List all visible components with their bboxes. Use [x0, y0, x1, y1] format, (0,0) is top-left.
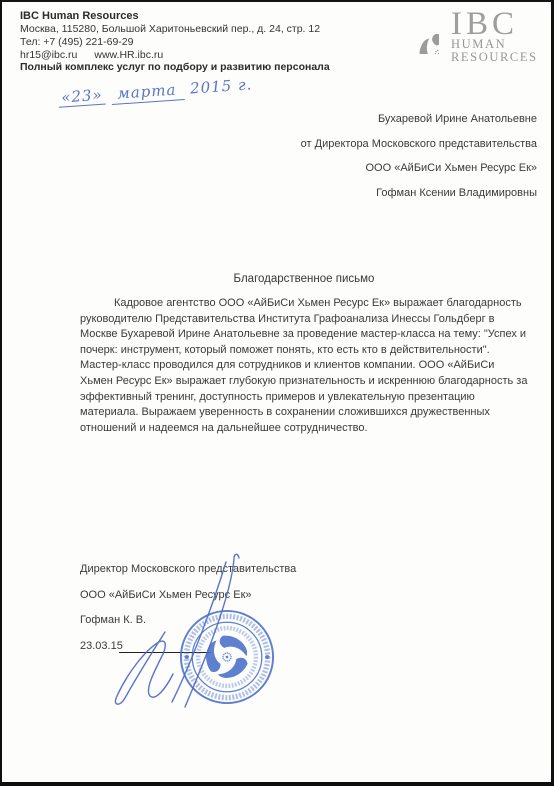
handwritten-year: 2015 г.: [189, 75, 252, 97]
company-name: IBC Human Resources: [20, 10, 330, 22]
handwritten-month: марта: [111, 80, 185, 105]
recipient-block: Бухаревой Ирине Анатольевне от Директора…: [301, 114, 537, 212]
company-address: Москва, 115280, Большой Харитоньевский п…: [20, 23, 330, 36]
company-email: hr15@ibc.ru: [20, 49, 77, 62]
company-tagline: Полный комплекс услуг по подбору и разви…: [20, 61, 330, 74]
recipient-line: от Директора Московского представительст…: [301, 139, 537, 150]
letter-title: Благодарственное письмо: [80, 273, 528, 285]
letter-body: Кадровое агентство ООО «АйБиСи Хьмен Рес…: [80, 296, 530, 436]
letterhead: IBC Human Resources Москва, 115280, Боль…: [20, 10, 330, 74]
recipient-line: Гофман Ксении Владимировны: [301, 188, 537, 199]
company-website: www.HR.ibc.ru: [94, 49, 163, 62]
company-logo: IBC HUMAN RESOURCES: [395, 10, 538, 64]
scanned-letter-page: IBC Human Resources Москва, 115280, Боль…: [0, 0, 554, 786]
recipient-line: Бухаревой Ирине Анатольевне: [301, 114, 537, 125]
ibc-swirl-icon: [395, 10, 439, 54]
recipient-line: ООО «АйБиСи Хьмен Ресурс Ек»: [301, 163, 537, 174]
logo-ibc-text: IBC: [451, 10, 538, 38]
handwritten-day: «23»: [58, 85, 107, 107]
handwritten-signature: [87, 550, 267, 720]
company-phone: Тел: +7 (495) 221-69-29: [20, 36, 330, 49]
handwritten-date: «23» марта 2015 г.: [58, 75, 253, 107]
logo-text: IBC HUMAN RESOURCES: [451, 10, 538, 64]
logo-resources-text: RESOURCES: [451, 51, 538, 64]
